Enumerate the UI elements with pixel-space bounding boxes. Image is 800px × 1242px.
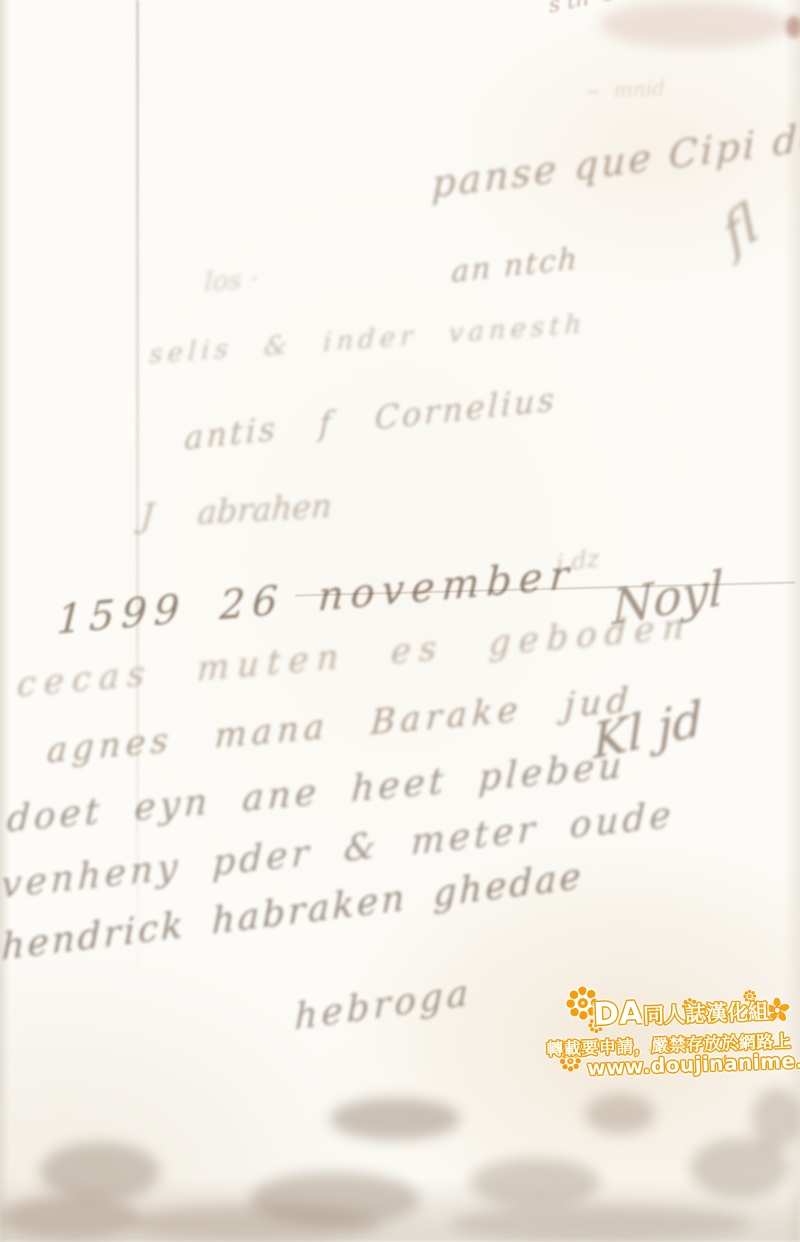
ink-smudge [786, 16, 800, 38]
watermark-group-name: 同人誌漢化組 [643, 1000, 770, 1028]
fold-crease [136, 0, 139, 990]
ink-smudge [600, 0, 790, 48]
manuscript-photo: s th s ~ mnid panse que Cipi do fl los ·… [0, 0, 800, 1242]
handwriting-line: ~ mnid [584, 78, 665, 102]
ink-smudge [585, 1094, 655, 1134]
handwriting-line: J abrahen [140, 490, 333, 532]
handwriting-line: panse que Cipi do [431, 117, 800, 204]
handwriting-closing-word: hebroga [294, 975, 472, 1036]
photo-bottom-shading [0, 1178, 800, 1242]
watermark: DA同人誌漢化組 轉載要申請，嚴禁存放於網路上 www.doujinanime.… [542, 978, 800, 1091]
watermark-initials: DA [593, 995, 644, 1033]
ink-smudge [330, 1098, 460, 1140]
handwriting-flourish: fl [716, 196, 765, 263]
handwriting-line: an ntch [451, 245, 580, 289]
handwriting-line: selis & inder vanesth [149, 311, 587, 368]
handwriting-line: los · [204, 266, 259, 296]
watermark-group-line: DA同人誌漢化組 [593, 991, 770, 1033]
handwriting-line: antis f Cornelius [184, 383, 558, 454]
